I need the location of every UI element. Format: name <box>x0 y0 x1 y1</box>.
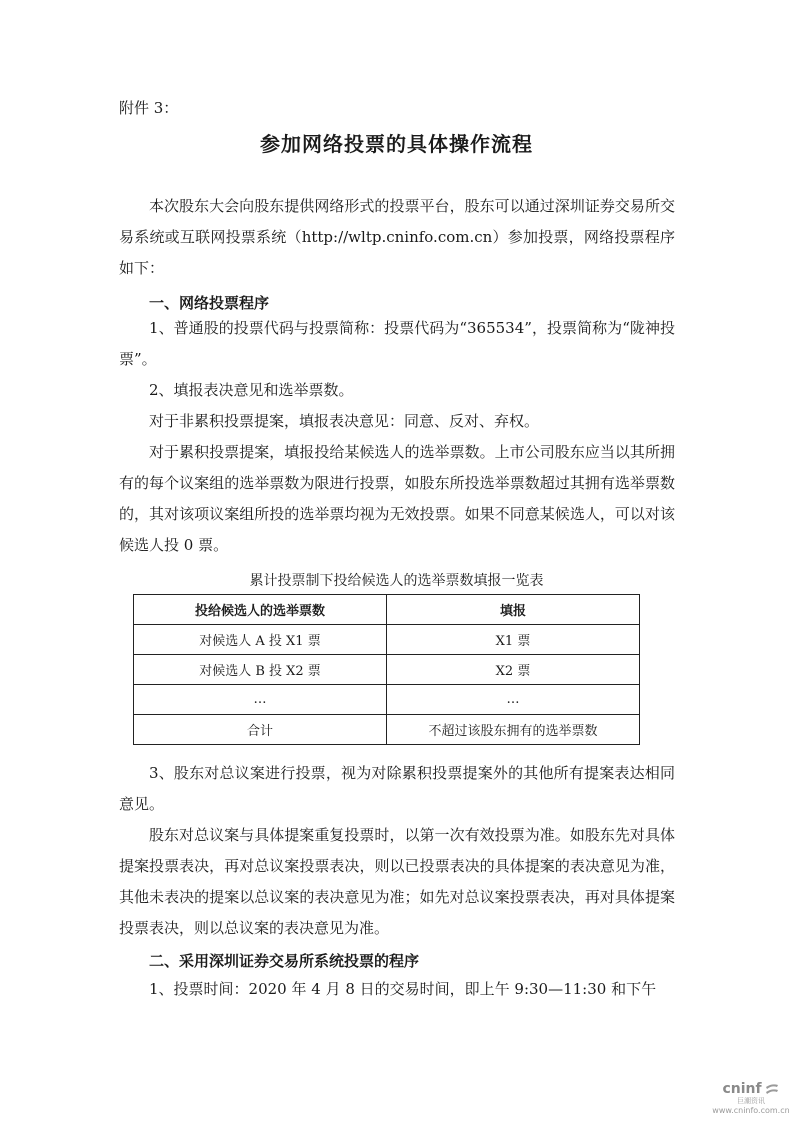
cninfo-logo: cninf <box>722 1081 779 1097</box>
section1-heading: 一、网络投票程序 <box>149 292 269 313</box>
paragraph-cumulative: 对于累积投票提案，填报投给某候选人的选举票数。上市公司股东应当以其所拥有的每个议… <box>119 437 675 561</box>
intro-paragraph: 本次股东大会向股东提供网络形式的投票平台，股东可以通过深圳证券交易所交易系统或互… <box>119 191 675 284</box>
table-cell: 对候选人 A 投 X1 票 <box>134 625 387 655</box>
table-header-cell: 投给候选人的选举票数 <box>134 595 387 625</box>
paragraph-voting-time: 1、投票时间：2020 年 4 月 8 日的交易时间，即上午 9:30—11:3… <box>119 974 675 1005</box>
cninfo-swirl-icon <box>764 1082 780 1096</box>
section2-heading: 二、采用深圳证券交易所系统投票的程序 <box>149 950 419 971</box>
table-header-row: 投给候选人的选举票数 填报 <box>134 595 640 625</box>
table-cell: 对候选人 B 投 X2 票 <box>134 655 387 685</box>
document-page: 附件 3： 参加网络投票的具体操作流程 本次股东大会向股东提供网络形式的投票平台… <box>0 0 793 1122</box>
paragraph-non-cumulative: 对于非累积投票提案，填报表决意见：同意、反对、弃权。 <box>119 406 675 437</box>
table-header-cell: 填报 <box>387 595 640 625</box>
attachment-label: 附件 3： <box>119 97 178 118</box>
table-cell: X2 票 <box>387 655 640 685</box>
table-row: 合计 不超过该股东拥有的选举票数 <box>134 715 640 745</box>
votes-table: 投给候选人的选举票数 填报 对候选人 A 投 X1 票 X1 票 对候选人 B … <box>133 594 640 745</box>
page-title: 参加网络投票的具体操作流程 <box>0 128 793 157</box>
table-cell: 合计 <box>134 715 387 745</box>
cninfo-watermark: cninf 巨潮资讯 www.cninfo.com.cn <box>712 1078 790 1116</box>
paragraph-duplicate-vote: 股东对总议案与具体提案重复投票时，以第一次有效投票为准。如股东先对具体提案投票表… <box>119 820 675 944</box>
table-cell: 不超过该股东拥有的选举票数 <box>387 715 640 745</box>
paragraph-fill-opinion: 2、填报表决意见和选举票数。 <box>119 375 675 406</box>
table-cell: … <box>387 685 640 715</box>
table-caption: 累计投票制下投给候选人的选举票数填报一览表 <box>0 570 793 590</box>
paragraph-total-proposal: 3、股东对总议案进行投票，视为对除累积投票提案外的其他所有提案表达相同意见。 <box>119 758 675 820</box>
table-row: 对候选人 A 投 X1 票 X1 票 <box>134 625 640 655</box>
paragraph-voting-code: 1、普通股的投票代码与投票简称：投票代码为“365534”，投票简称为“陇神投票… <box>119 313 675 375</box>
cninfo-url: www.cninfo.com.cn <box>712 1106 790 1116</box>
table-cell: … <box>134 685 387 715</box>
table-row: 对候选人 B 投 X2 票 X2 票 <box>134 655 640 685</box>
table-row: … … <box>134 685 640 715</box>
cninfo-chinese-name: 巨潮资讯 <box>712 1097 790 1106</box>
table-cell: X1 票 <box>387 625 640 655</box>
